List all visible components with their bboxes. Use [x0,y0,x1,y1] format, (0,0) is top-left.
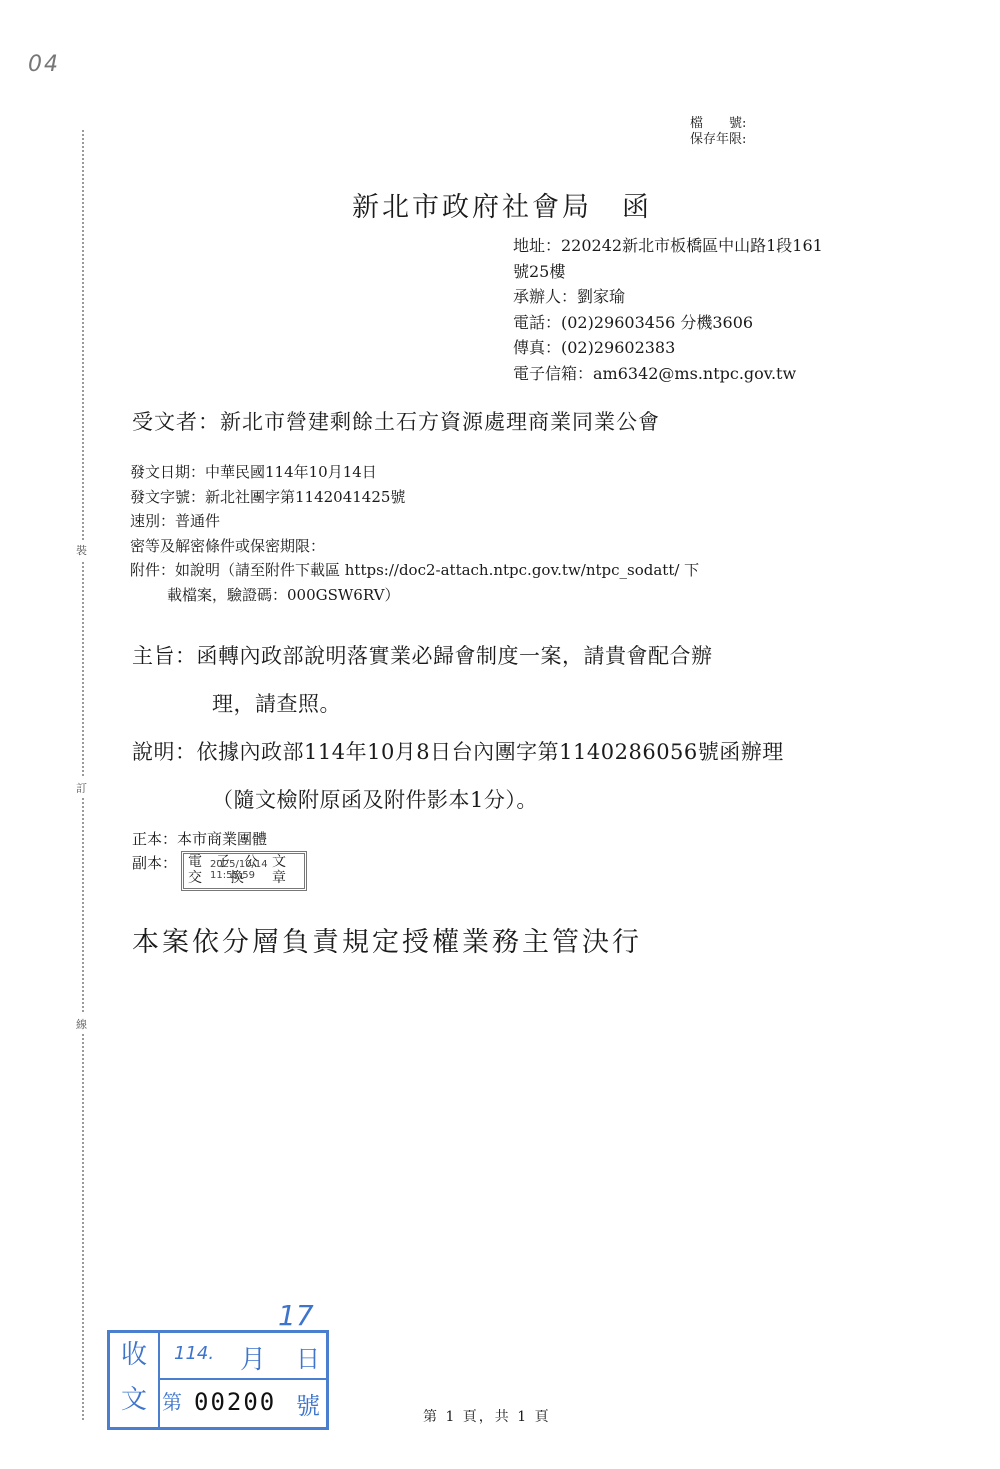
original-to: 正本：本市商業團體 [132,827,307,851]
distribution-block: 正本：本市商業團體 副本： 電 子 公 文 交 換 章 2025/10/14 1… [132,827,307,891]
phone: 電話：(02)29603456 分機3606 [513,310,823,336]
address-line-1: 地址：220242新北市板橋區中山路1段161 [513,233,823,259]
receipt-label-top: 收 [110,1333,158,1378]
handwritten-note: 04 [28,52,60,77]
fax: 傳真：(02)29602383 [513,335,823,361]
page-footer: 第 1 頁，共 1 頁 [423,1406,551,1426]
receipt-day-value: 17 [278,1299,314,1332]
attachment-line-1: 附件：如說明（請至附件下載區 https://doc2-attach.ntpc.… [130,558,699,583]
receipt-prefix: 第 [162,1386,182,1415]
meta-block: 發文日期：中華民國114年10月14日 發文字號：新北社團字第114204142… [130,460,699,607]
receipt-day-label: 日 [296,1339,320,1374]
subject-line-1: 主旨：函轉內政部說明落實業必歸會制度一案，請貴會配合辦 [132,632,784,680]
recipient: 受文者：新北市營建剩餘土石方資源處理商業同業公會 [132,406,660,436]
e-exchange-stamp: 電 子 公 文 交 換 章 2025/10/14 11:55:59 [181,851,307,891]
contact-block: 地址：220242新北市板橋區中山路1段161 號25樓 承辦人：劉家瑜 電話：… [513,233,823,386]
explanation-line-1: 說明：依據內政部114年10月8日台內團字第1140286056號函辦理 [132,728,784,776]
secrecy: 密等及解密條件或保密期限： [130,534,699,559]
subject-line-2: 理，請查照。 [132,680,784,728]
binding-mark-xian: 線 [76,1014,87,1034]
doc-number: 發文字號：新北社團字第1142041425號 [130,485,699,510]
binding-mark-zhuang: 裝 [76,540,87,560]
copy-label: 副本： [132,854,177,872]
subject-block: 主旨：函轉內政部說明落實業必歸會制度一案，請貴會配合辦 理，請查照。 說明：依據… [132,632,784,824]
e-stamp-datetime: 2025/10/14 11:55:59 [210,859,304,881]
receipt-date-row: 114. 月 17 日 [160,1333,326,1380]
file-info: 檔 號: 保存年限: [690,116,746,148]
address-line-2: 號25樓 [513,259,823,285]
receipt-label-bottom: 文 [110,1378,158,1423]
binding-mark-ding: 訂 [76,778,87,798]
binding-line [82,130,84,1420]
attachment-line-2: 載檔案，驗證碼：000GSW6RV） [130,583,699,608]
handler: 承辦人：劉家瑜 [513,284,823,310]
receipt-number-row: 第 00200 號 [160,1380,326,1425]
receipt-number: 00200 [194,1388,276,1416]
speed: 速別：普通件 [130,509,699,534]
file-number-label: 檔 號: [690,116,746,132]
receipt-stamp-label: 收 文 [110,1333,160,1427]
receipt-suffix: 號 [296,1386,320,1421]
document-title: 新北市政府社會局 函 [352,185,652,224]
retention-label: 保存年限: [690,132,746,148]
receipt-month-label: 月 [240,1339,266,1376]
receipt-year: 114. [174,1343,214,1364]
explanation-line-2: （隨文檢附原函及附件影本1分）。 [132,776,784,824]
receipt-stamp: 收 文 114. 月 17 日 第 00200 號 [107,1330,329,1430]
delegation-statement: 本案依分層負責規定授權業務主管決行 [132,920,642,959]
email: 電子信箱：am6342@ms.ntpc.gov.tw [513,361,823,387]
issue-date: 發文日期：中華民國114年10月14日 [130,460,699,485]
copy-to: 副本： 電 子 公 文 交 換 章 2025/10/14 11:55:59 [132,851,307,891]
